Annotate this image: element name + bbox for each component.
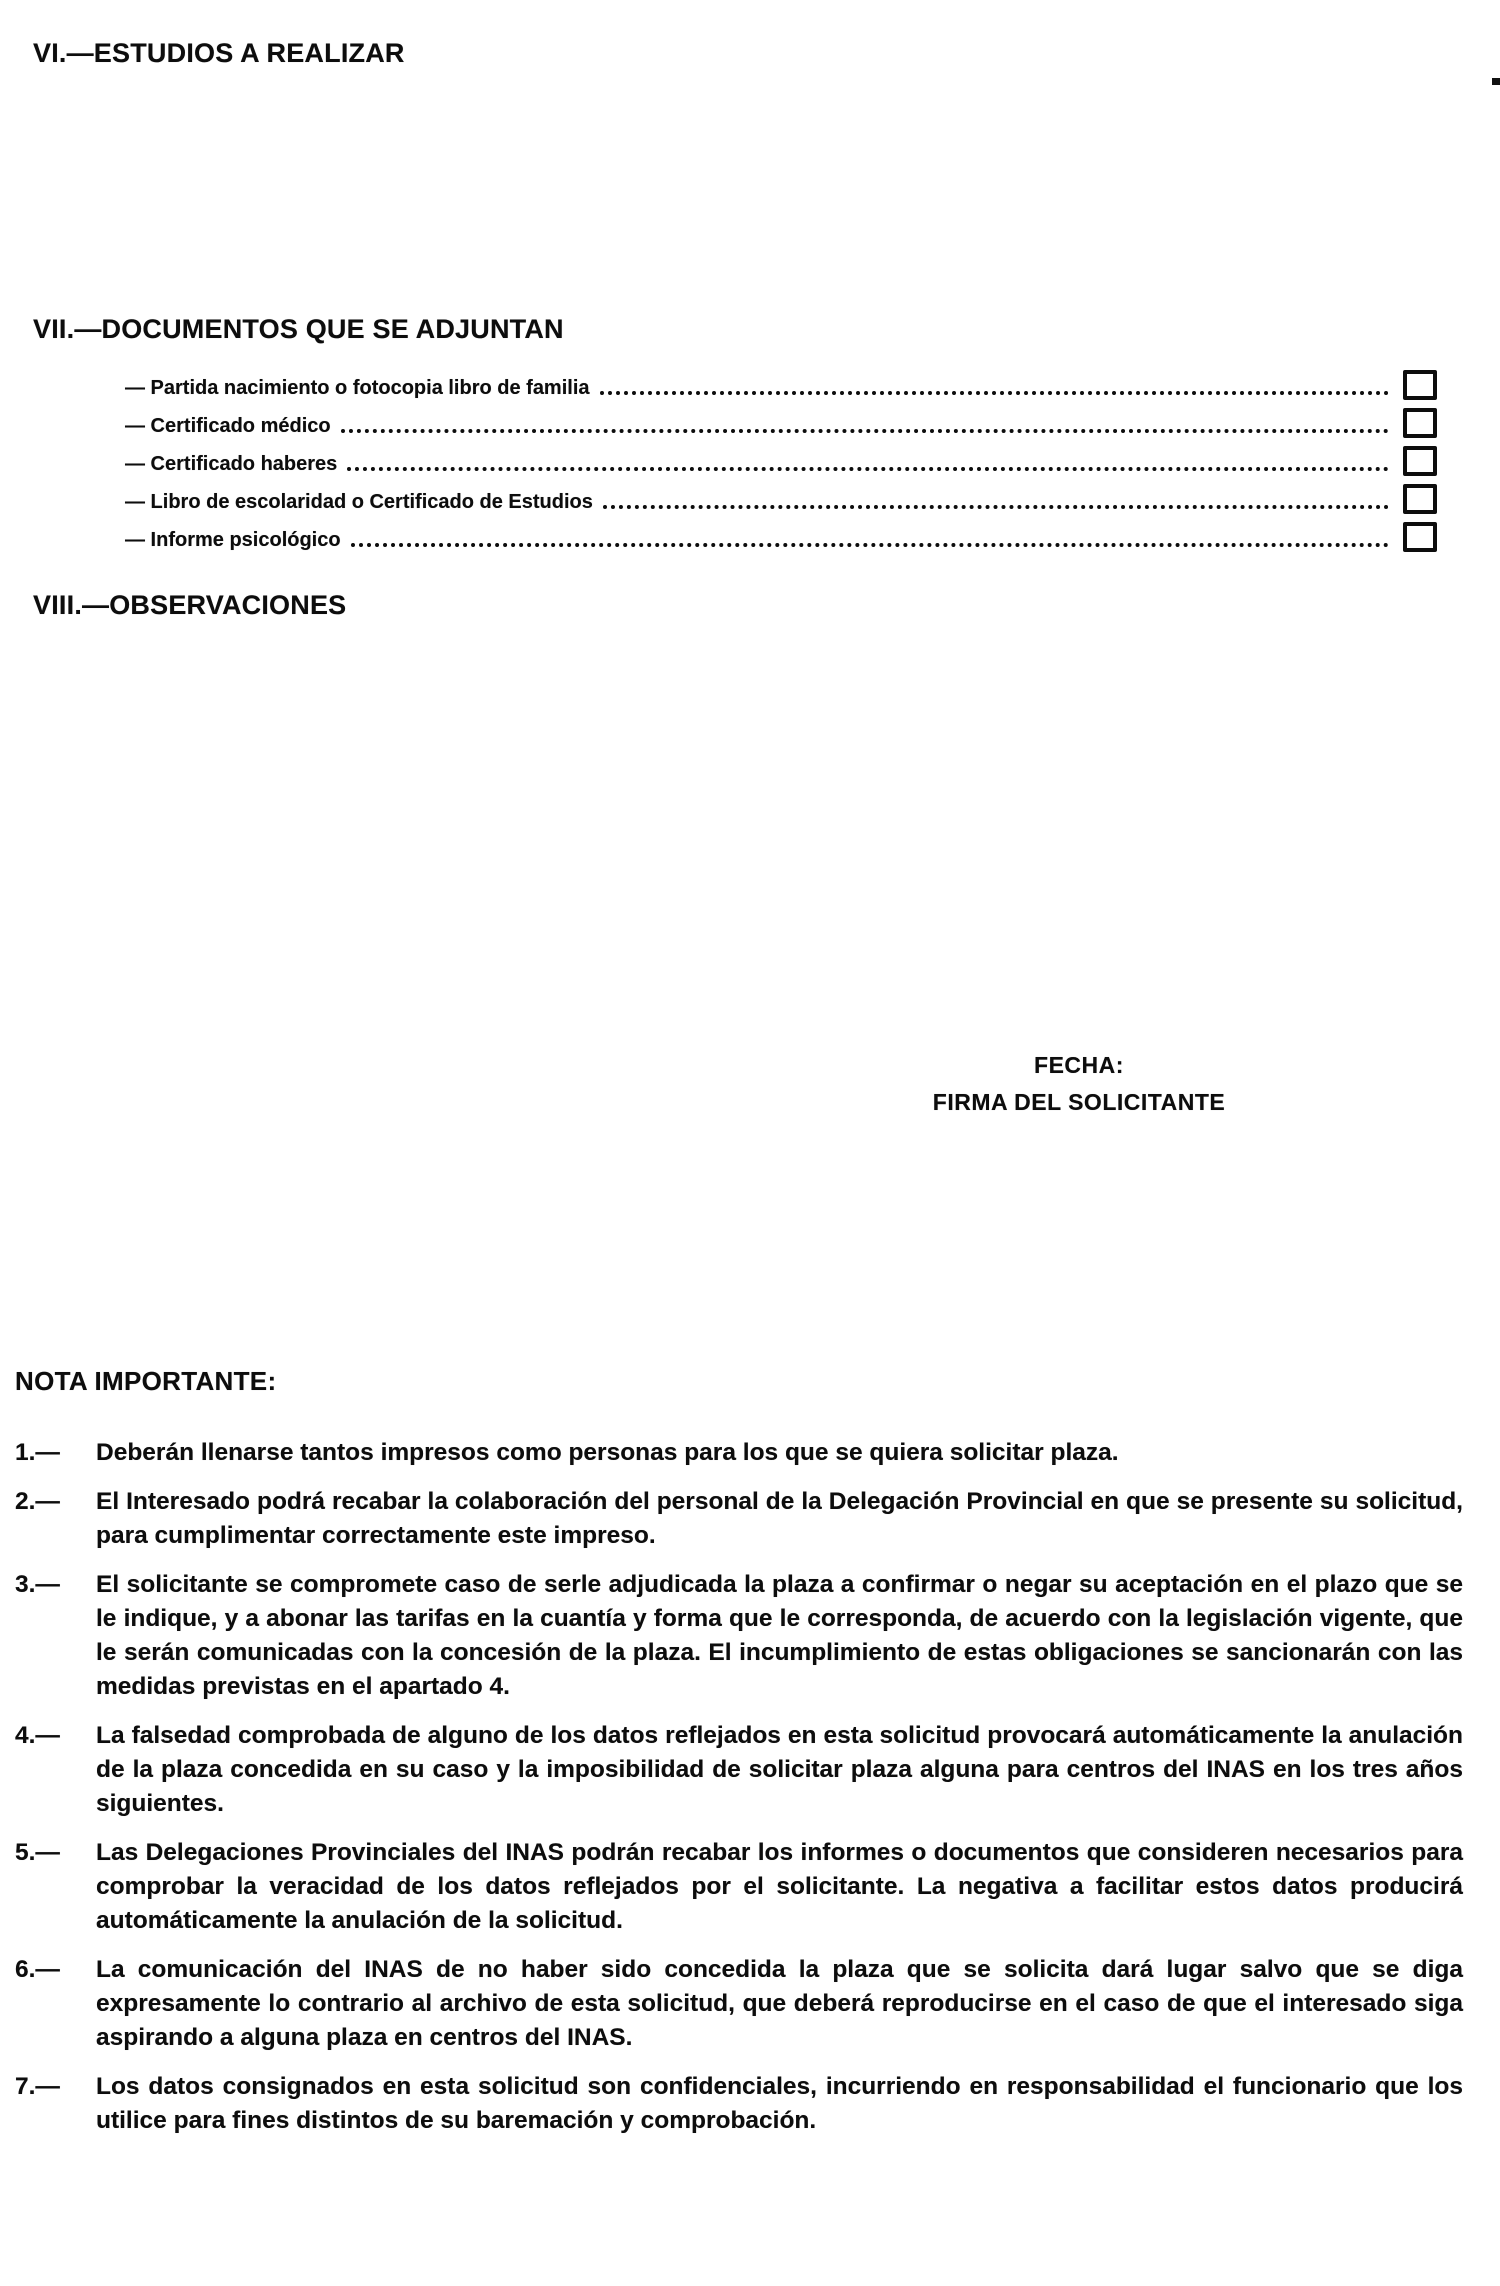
scan-artifact-dot [1492, 78, 1500, 85]
note-number: 1.— [15, 1436, 60, 1470]
note-number: 6.— [15, 1953, 60, 1987]
note-number: 4.— [15, 1719, 60, 1753]
note-text: La comunicación del INAS de no haber sid… [96, 1956, 1463, 2051]
scanned-form-page: VI.—ESTUDIOS A REALIZAR VII.—DOCUMENTOS … [0, 0, 1500, 2286]
dotted-leader [347, 467, 1389, 471]
firma-del-solicitante-label: FIRMA DEL SOLICITANTE [898, 1089, 1260, 1116]
checkbox-libro-escolaridad[interactable] [1403, 484, 1437, 514]
nota-importante-title: NOTA IMPORTANTE: [15, 1366, 276, 1397]
note-text: Las Delegaciones Provinciales del INAS p… [96, 1839, 1463, 1934]
dotted-leader [351, 543, 1389, 547]
note-item-2: 2.— El Interesado podrá recabar la colab… [15, 1485, 1463, 1553]
note-text: El Interesado podrá recabar la colaborac… [96, 1488, 1463, 1549]
checklist-item-label: — Certificado haberes [125, 453, 347, 480]
fecha-label: FECHA: [898, 1052, 1260, 1079]
note-number: 5.— [15, 1836, 60, 1870]
dotted-leader [341, 429, 1389, 433]
note-text: El solicitante se compromete caso de ser… [96, 1571, 1463, 1700]
checkbox-informe-psicologico[interactable] [1403, 522, 1437, 552]
checklist-row-informe-psicologico: — Informe psicológico [125, 518, 1437, 556]
important-notes-list: 1.— Deberán llenarse tantos impresos com… [15, 1436, 1463, 2153]
note-item-5: 5.— Las Delegaciones Provinciales del IN… [15, 1836, 1463, 1938]
section-title-estudios-a-realizar: VI.—ESTUDIOS A REALIZAR [33, 38, 405, 69]
checklist-row-certificado-haberes: — Certificado haberes [125, 442, 1437, 480]
dotted-leader [600, 391, 1389, 395]
checkbox-certificado-medico[interactable] [1403, 408, 1437, 438]
checklist-row-certificado-medico: — Certificado médico [125, 404, 1437, 442]
checklist-item-label: — Libro de escolaridad o Certificado de … [125, 491, 603, 518]
checklist-item-label: — Certificado médico [125, 415, 341, 442]
note-item-6: 6.— La comunicación del INAS de no haber… [15, 1953, 1463, 2055]
note-item-7: 7.— Los datos consignados en esta solici… [15, 2070, 1463, 2138]
note-text: La falsedad comprobada de alguno de los … [96, 1722, 1463, 1817]
section-title-documentos-que-se-adjuntan: VII.—DOCUMENTOS QUE SE ADJUNTAN [33, 314, 564, 345]
dotted-leader [603, 505, 1389, 509]
signature-block: FECHA: FIRMA DEL SOLICITANTE [898, 1052, 1260, 1116]
checklist-row-libro-escolaridad: — Libro de escolaridad o Certificado de … [125, 480, 1437, 518]
note-number: 3.— [15, 1568, 60, 1602]
note-item-1: 1.— Deberán llenarse tantos impresos com… [15, 1436, 1463, 1470]
checklist-item-label: — Informe psicológico [125, 529, 351, 556]
note-text: Los datos consignados en esta solicitud … [96, 2073, 1463, 2134]
checklist-item-label: — Partida nacimiento o fotocopia libro d… [125, 377, 600, 404]
section-title-observaciones: VIII.—OBSERVACIONES [33, 590, 346, 621]
note-item-3: 3.— El solicitante se compromete caso de… [15, 1568, 1463, 1704]
note-number: 7.— [15, 2070, 60, 2104]
note-text: Deberán llenarse tantos impresos como pe… [96, 1439, 1119, 1466]
note-item-4: 4.— La falsedad comprobada de alguno de … [15, 1719, 1463, 1821]
checklist-row-partida-nacimiento: — Partida nacimiento o fotocopia libro d… [125, 366, 1437, 404]
documents-checklist: — Partida nacimiento o fotocopia libro d… [125, 366, 1437, 556]
note-number: 2.— [15, 1485, 60, 1519]
checkbox-certificado-haberes[interactable] [1403, 446, 1437, 476]
checkbox-partida-nacimiento[interactable] [1403, 370, 1437, 400]
